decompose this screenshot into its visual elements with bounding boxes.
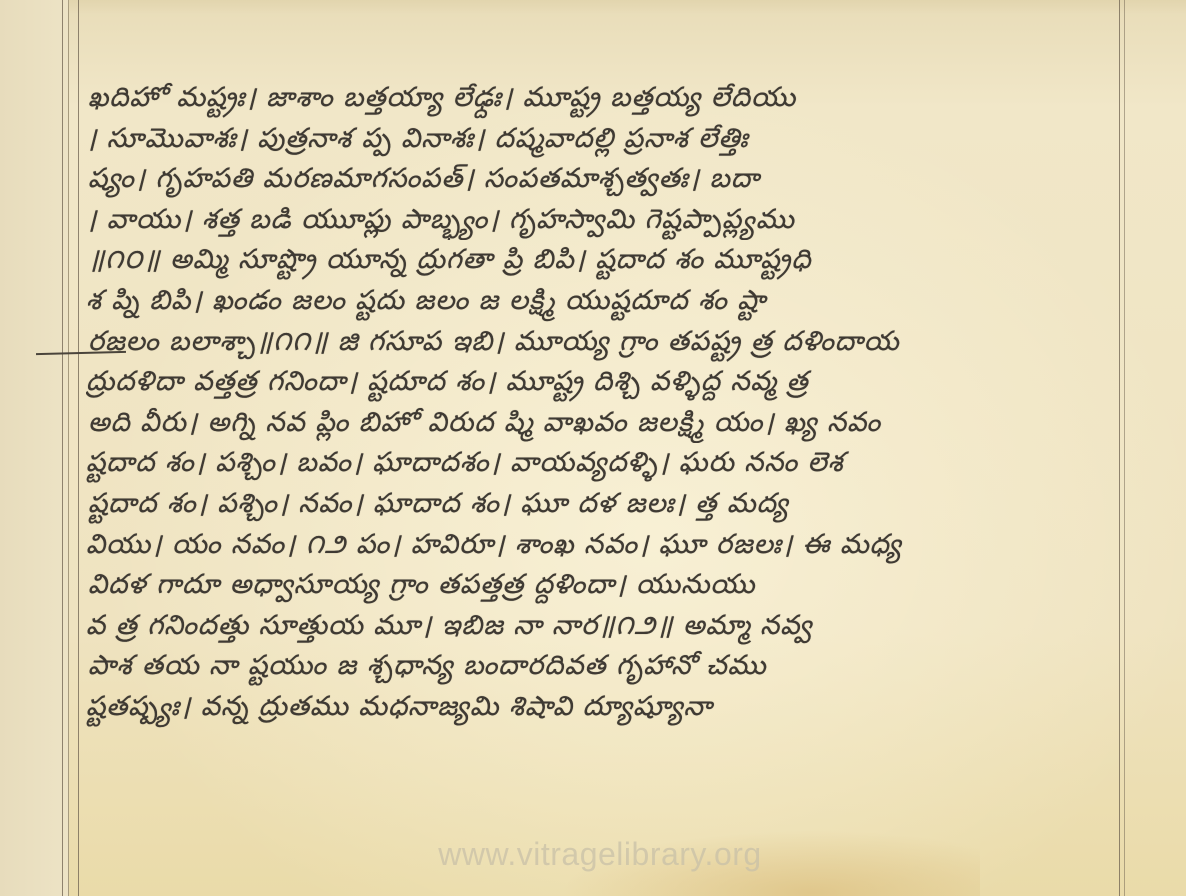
manuscript-page: ఖదిహో మష్ట్రః। జాశాం బత్తయ్యా లేఢ్దః। మూ… [0,0,1186,896]
manuscript-line: ॥౧౦॥ అమ్మి సూష్ట్రొ యూన్న ద్రుగతా ప్రి బ… [86,240,1116,281]
right-margin-rule [1119,0,1120,896]
left-margin-rule-outer [62,0,63,896]
manuscript-line: ష్టదాద శం। పశ్చిం। బవం। ఘాదాదశం। వాయవ్యద… [86,443,1116,484]
manuscript-line: వియు। యం నవం। ౧౨ పం। హవిరూ। శాంఖ నవం। ఘూ… [86,525,1116,566]
manuscript-line: ష్యం। గృహపతి మరణమాగసంపత్‌। సంపతమాశ్చత్వత… [86,159,1116,200]
left-page-edge [0,0,69,896]
left-margin-rule [78,0,79,896]
watermark: www.vitragelibrary.org [420,836,780,873]
manuscript-line: వ త్ర గనిందత్తు సూత్తుయ మూ। ఇబిజ నా నార॥… [86,606,1116,647]
right-margin-rule-inner [1124,0,1125,896]
manuscript-line: । వాయు। శత్త బడి యుూప్లు పాబ్భ్యం। గృహస్… [86,200,1116,241]
manuscript-line: ఖదిహో మష్ట్రః। జాశాం బత్తయ్యా లేఢ్దః। మూ… [86,78,1116,119]
manuscript-line: విదళ గాదూ అధ్వాసూయ్య గ్రాం తపత్తత్ర ద్దళ… [86,565,1116,606]
manuscript-line: అది వీరు। అగ్ని నవ ప్లిం బిహో విరుద ష్మి… [86,403,1116,444]
manuscript-line: ద్రుదళిదా వత్తత్ర గనిందా। ష్టదూద శం। మూష… [86,362,1116,403]
manuscript-line: ష్టదాద శం। పశ్చిం। నవం। ఘాదాద శం। ఘూ దళ … [86,484,1116,525]
manuscript-text: ఖదిహో మష్ట్రః। జాశాం బత్తయ్యా లేఢ్దః। మూ… [86,78,1116,728]
left-margin-rule-inner [68,0,69,896]
top-fold-shadow [68,0,1186,14]
manuscript-line: రజలం బలాశ్చా॥౧౧॥ జి గసూప ఇబి। మూయ్య గ్రా… [86,322,1116,363]
manuscript-line: పాశ తయ నా ష్టయుం జ శ్చధాన్య బందారదివత గృ… [86,646,1116,687]
manuscript-line: శ ప్ని బిపి। ఖండం జలం ష్టదు జలం జ లక్ష్మ… [86,281,1116,322]
manuscript-line: । సూమొవాశః। పుత్రనాశ ప్ప వినాశః। దష్మవాద… [86,119,1116,160]
manuscript-line: ష్టతష్ప్యః। వన్న ద్రుతము మధనాజ్యమి శిషావ… [86,687,1116,728]
